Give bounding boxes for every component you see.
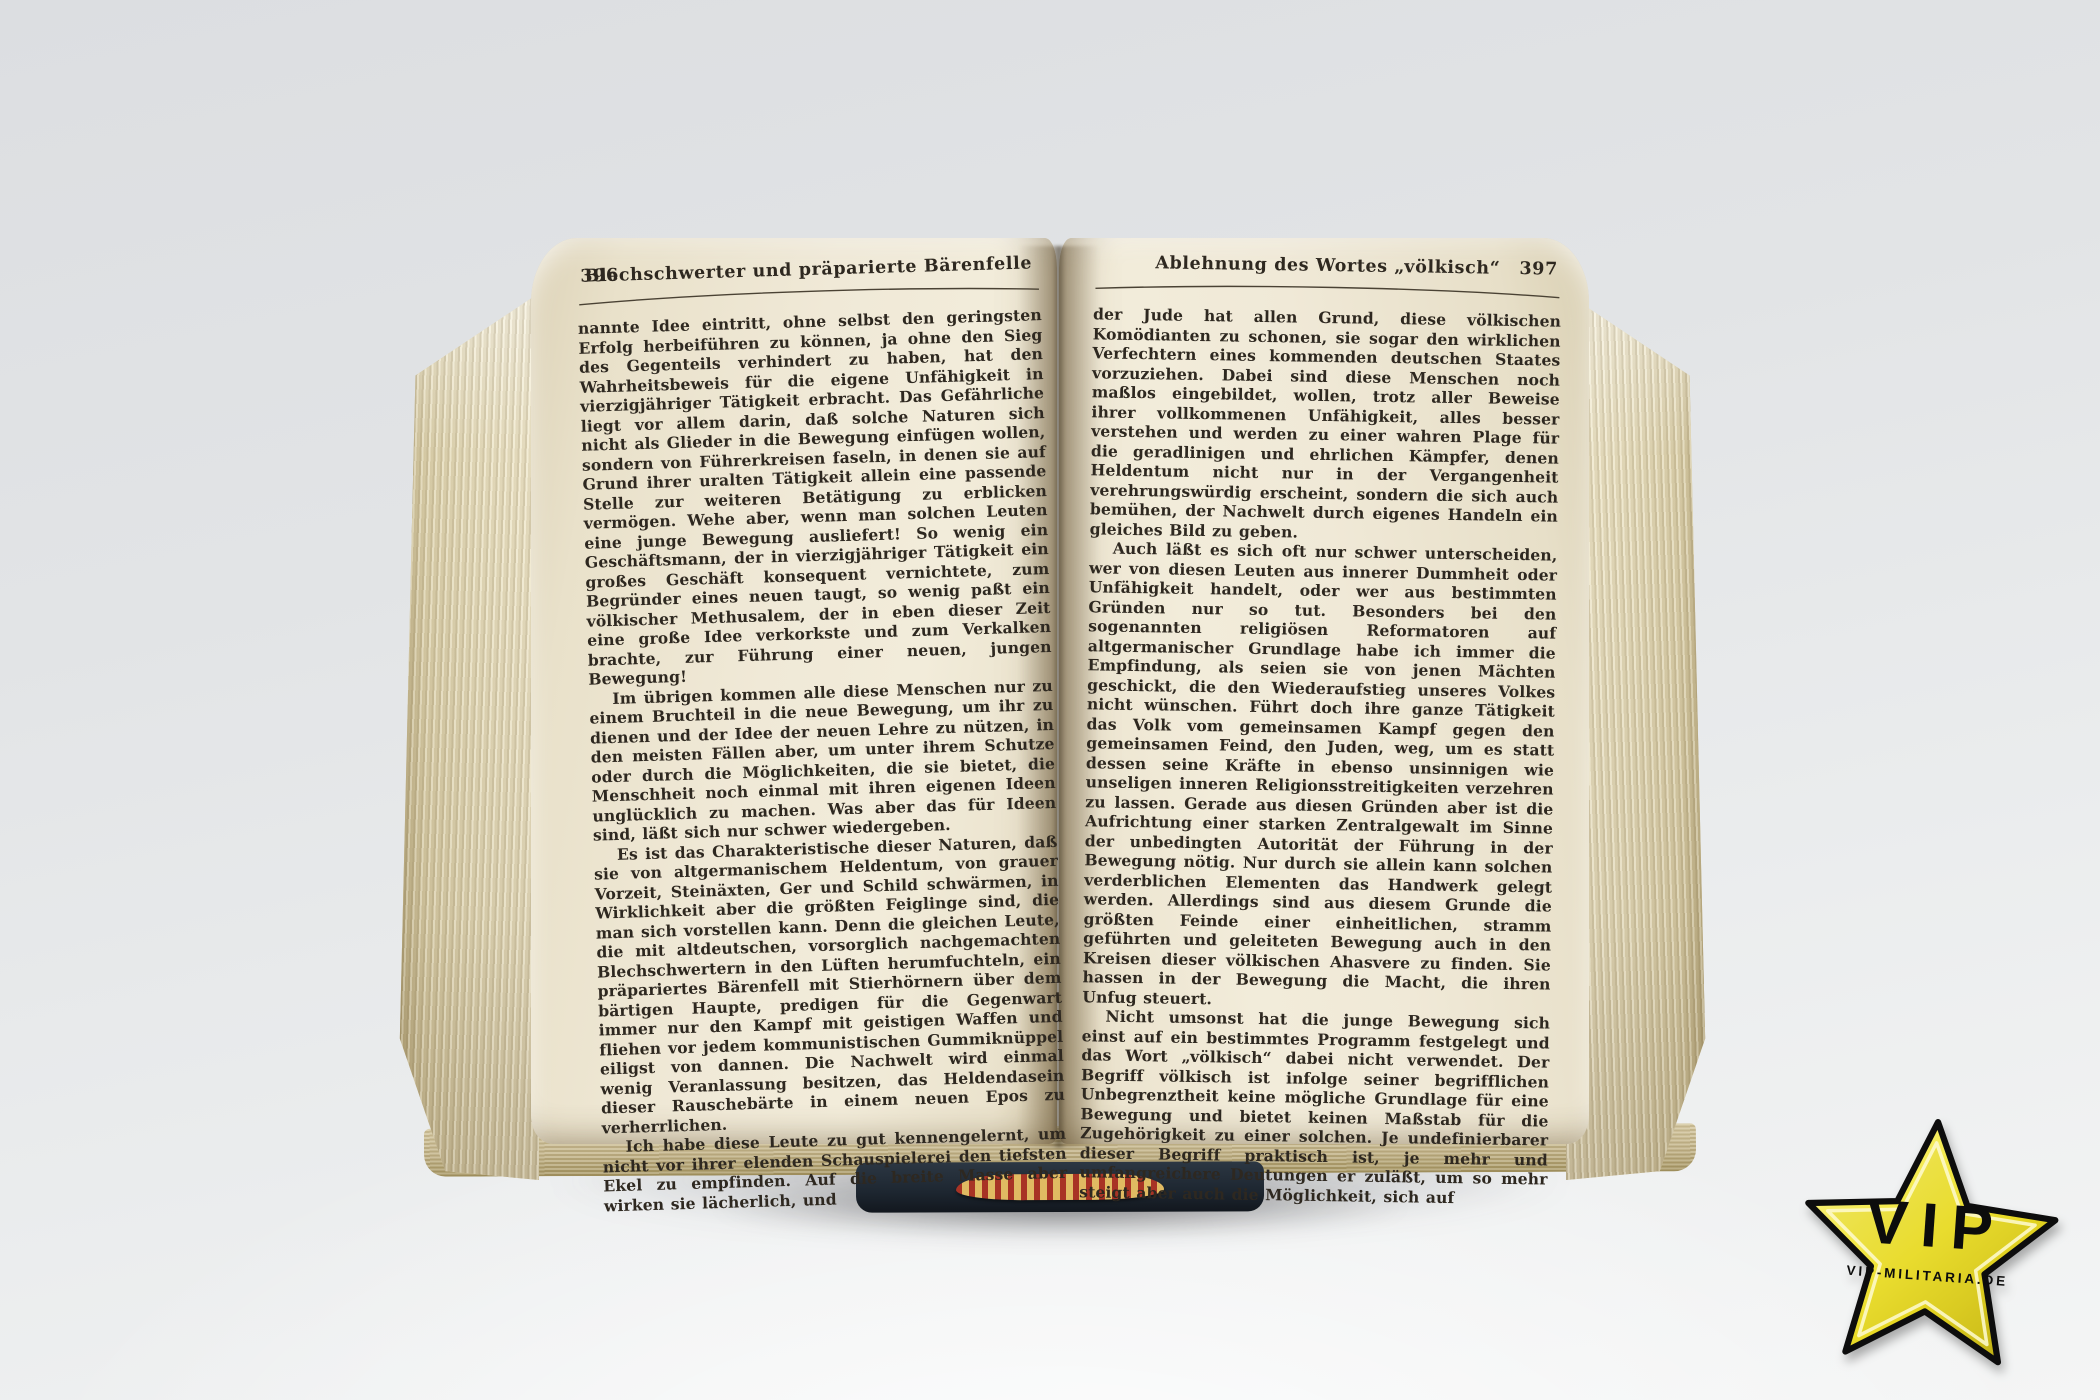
right-page-text: der Jude hat allen Grund, diese völkisch… bbox=[1079, 304, 1561, 1208]
right-page-number: 397 bbox=[1519, 259, 1558, 280]
vip-star-logo: VIP VIP-MILITARIA.DE bbox=[1798, 1114, 2060, 1400]
page-block-fore-edge-left bbox=[397, 296, 539, 1180]
paragraph: Es ist das Charakteristische dieser Natu… bbox=[593, 831, 1065, 1137]
paragraph: Ich habe diese Leute zu gut kennengelern… bbox=[602, 1124, 1068, 1216]
left-page-text: nannte Idee eintritt, ohne selbst den ge… bbox=[578, 305, 1068, 1215]
paragraph: Auch läßt es sich oft nur schwer untersc… bbox=[1082, 538, 1557, 1013]
paragraph: der Jude hat allen Grund, diese völkisch… bbox=[1090, 304, 1562, 545]
paragraph: Nicht umsonst hat die junge Bewegung sic… bbox=[1079, 1006, 1550, 1208]
left-page-content: 396 Blechschwerter und präparierte Bären… bbox=[576, 253, 1068, 1215]
left-page-number: 396 bbox=[580, 266, 619, 287]
vip-logo-text: VIP bbox=[1864, 1187, 2008, 1266]
paragraph: nannte Idee eintritt, ohne selbst den ge… bbox=[578, 305, 1053, 689]
right-page-content: Ablehnung des Wortes „völkisch“ 397 der … bbox=[1079, 252, 1562, 1208]
paragraph: Im übrigen kommen alle diese Menschen nu… bbox=[589, 675, 1057, 845]
photo-background: 396 Blechschwerter und präparierte Bären… bbox=[0, 0, 2100, 1400]
